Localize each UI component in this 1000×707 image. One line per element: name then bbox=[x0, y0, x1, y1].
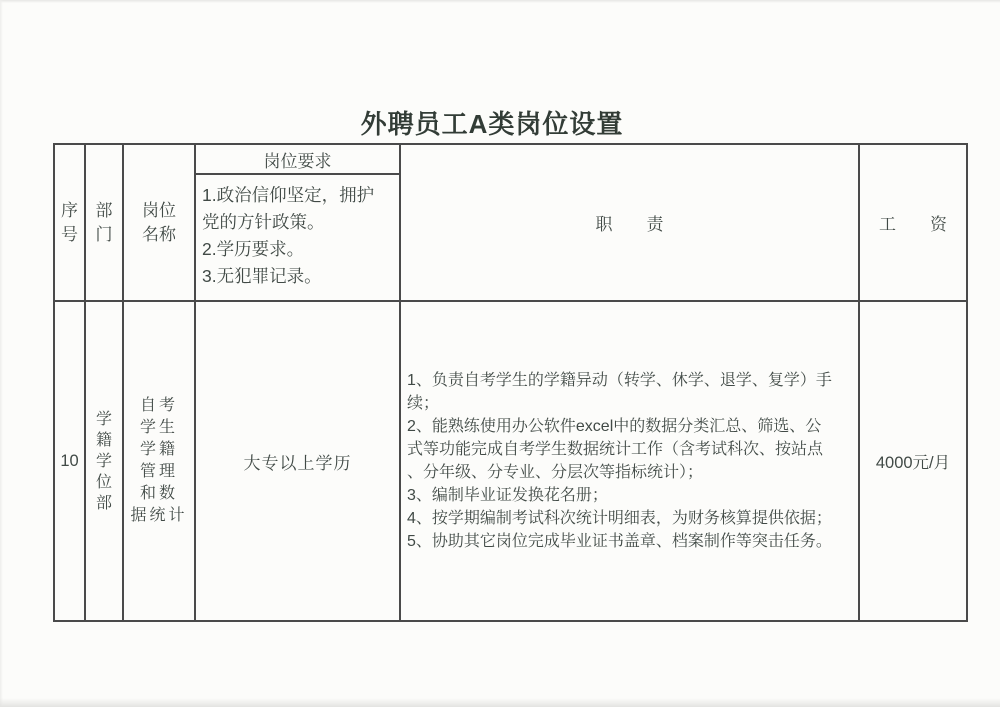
cell-requirement: 大专以上学历 bbox=[195, 301, 400, 621]
cell-dept: 学 籍 学 位 部 bbox=[85, 301, 123, 621]
header-duties: 职 责 bbox=[400, 144, 859, 301]
header-requirements: 岗位要求 bbox=[195, 144, 400, 174]
scan-edge-top bbox=[0, 0, 1000, 3]
cell-salary: 4000元/月 bbox=[859, 301, 967, 621]
positions-table: 序 号 部 门 岗位 名称 岗位要求 职 责 工 资 1.政治信仰坚定，拥护 党… bbox=[53, 143, 968, 622]
header-row-top: 序 号 部 门 岗位 名称 岗位要求 职 责 工 资 bbox=[54, 144, 967, 174]
duty-item: 1、负责自考学生的学籍异动（转学、休学、退学、复学）手 续； bbox=[407, 369, 853, 415]
duty-item: 5、协助其它岗位完成毕业证书盖章、档案制作等突击任务。 bbox=[407, 530, 853, 553]
cell-duties: 1、负责自考学生的学籍异动（转学、休学、退学、复学）手 续； 2、能熟练使用办公… bbox=[400, 301, 859, 621]
header-position-name: 岗位 名称 bbox=[123, 144, 195, 301]
header-salary: 工 资 bbox=[859, 144, 967, 301]
header-dept: 部 门 bbox=[85, 144, 123, 301]
duty-item: 4、按学期编制考试科次统计明细表，为财务核算提供依据； bbox=[407, 507, 853, 530]
header-seq: 序 号 bbox=[54, 144, 85, 301]
scan-edge-bottom bbox=[0, 698, 1000, 707]
duty-item: 3、编制毕业证发换花名册； bbox=[407, 484, 853, 507]
table-row: 10 学 籍 学 位 部 自考 学生 学籍 管理 和数 据统计 大专以上学历 1… bbox=[54, 301, 967, 621]
cell-seq: 10 bbox=[54, 301, 85, 621]
duty-item: 2、能熟练使用办公软件excel中的数据分类汇总、筛选、公 式等功能完成自考学生… bbox=[407, 415, 853, 484]
page-title: 外聘员工A类岗位设置 bbox=[0, 104, 984, 141]
header-requirements-note: 1.政治信仰坚定，拥护 党的方针政策。 2.学历要求。 3.无犯罪记录。 bbox=[195, 174, 400, 301]
cell-position-name: 自考 学生 学籍 管理 和数 据统计 bbox=[123, 301, 195, 621]
